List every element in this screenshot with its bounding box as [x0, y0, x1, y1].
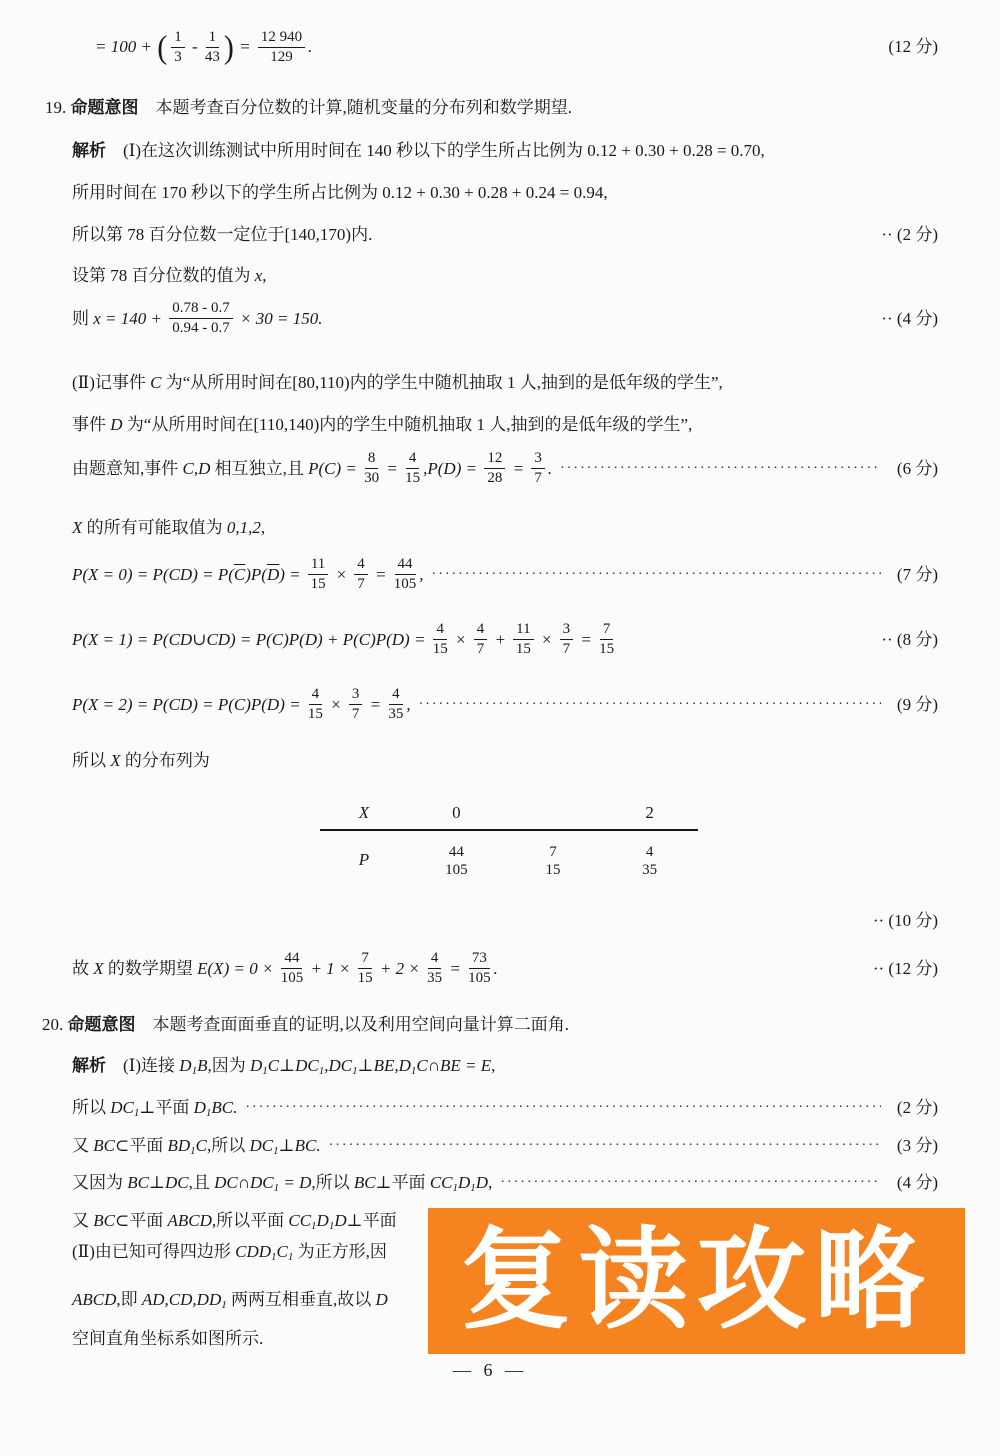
fraction-denominator: 35	[427, 969, 442, 987]
fraction: 1115	[308, 556, 328, 594]
score-label: (4 分)	[897, 1172, 938, 1194]
fraction: 715	[599, 621, 614, 659]
solution-line: 设第 78 百分位数的值为 x,	[72, 265, 938, 287]
text-run: ,	[491, 1055, 495, 1077]
overline-var: C	[234, 564, 245, 586]
fraction-denominator: 7	[534, 469, 542, 487]
fraction-numerator: 1	[206, 29, 220, 48]
math-run: BC⊥	[354, 1172, 392, 1194]
fraction-denominator: 105	[394, 575, 417, 593]
fraction: 830	[364, 450, 379, 488]
fraction: 435	[427, 950, 442, 988]
math-run: 0,1,2	[227, 517, 261, 539]
fraction: 37	[531, 450, 545, 488]
fraction-numerator: 11	[513, 621, 533, 640]
math-run: × 30 = 150.	[236, 308, 323, 330]
fraction: 415	[405, 450, 420, 488]
fraction-numerator: 7	[600, 621, 614, 640]
text-run: 20.	[42, 1014, 68, 1036]
text-run: ,	[262, 265, 266, 287]
dotted-leader: ········································…	[245, 1099, 881, 1117]
math-run: BC⊂	[93, 1135, 129, 1157]
text-run: 平面	[129, 1210, 167, 1232]
fraction: 715	[546, 844, 561, 879]
math-run: =	[235, 36, 255, 58]
fraction-numerator: 3	[531, 450, 545, 469]
math-run: ,	[406, 694, 410, 716]
solution-line: (Ⅱ)记事件 C 为“从所用时间在[80,110)内的学生中随机抽取 1 人,抽…	[72, 372, 938, 394]
solution-line: 20. 命题意图 本题考查面面垂直的证明,以及利用空间向量计算二面角.	[42, 1014, 938, 1036]
subscript-1: 1	[262, 1065, 268, 1077]
fraction-denominator: 7	[563, 640, 571, 658]
text-run: ,因为	[207, 1055, 250, 1077]
fraction-numerator: 4	[389, 686, 403, 705]
text-run: ,	[261, 517, 265, 539]
text-run: 两两互相垂直,故以	[227, 1289, 376, 1311]
math-run: ×	[451, 629, 471, 651]
distribution-table: X02P44105715435	[320, 797, 698, 889]
text-run: 本题考查百分位数的计算,随机变量的分布列和数学期望.	[139, 97, 573, 119]
table-header-row: X02	[320, 797, 698, 829]
text-run: 为“从所用时间在[80,110)内的学生中随机抽取 1 人,抽到的是低年级的学生…	[161, 372, 722, 394]
bold-label: 命题意图	[71, 97, 139, 119]
math-run: )P(	[245, 564, 267, 586]
math-run: ,	[419, 564, 423, 586]
fraction-denominator: 35	[388, 705, 403, 723]
text-run: ,且	[189, 1172, 215, 1194]
text-run: 又	[72, 1135, 93, 1157]
table-p-value: 435	[601, 841, 698, 879]
math-run: x	[255, 265, 263, 287]
fraction-numerator: 3	[349, 686, 363, 705]
fraction-denominator: 28	[487, 469, 502, 487]
math-run: X	[72, 517, 82, 539]
math-run: P(X = 1) = P(CD∪CD) = P(C)P(D) + P(C)P(D…	[72, 629, 430, 651]
subscript-1: 1	[134, 1107, 140, 1119]
bold-label: 解析	[72, 1055, 106, 1077]
math-run: ×	[537, 629, 557, 651]
fraction-denominator: 105	[468, 969, 491, 987]
math-run: =	[576, 629, 596, 651]
score-label: ·· (4 分)	[881, 308, 938, 330]
score-label: ·· (2 分)	[881, 224, 938, 246]
fraction-denominator: 129	[270, 48, 293, 66]
score-label: ·· (8 分)	[881, 629, 938, 651]
fraction: 715	[358, 950, 373, 988]
fraction-denominator: 7	[352, 705, 360, 723]
subscript-1: 1	[271, 1251, 277, 1263]
solution-line: P(X = 0) = P(CD) = P(C)P(D) = 1115 × 47 …	[72, 556, 938, 594]
fraction: 47	[474, 621, 488, 659]
math-run: P(X = 2) = P(CD) = P(C)P(D) =	[72, 694, 305, 716]
text-run: ,即	[116, 1289, 142, 1311]
fraction: 0.78 - 0.70.94 - 0.7	[169, 300, 233, 338]
fraction-denominator: 15	[433, 640, 448, 658]
score-label: (6 分)	[897, 458, 938, 480]
fraction-numerator: 44	[281, 950, 302, 969]
math-run: D1BC.	[194, 1097, 238, 1119]
fraction: 44105	[281, 950, 304, 988]
solution-line: 故 X 的数学期望 E(X) = 0 × 44105 + 1 × 715 + 2…	[72, 950, 938, 988]
document-page: = 100 + (13 - 143) = 12 940129.(12 分)19.…	[0, 0, 1000, 1456]
score-label: (7 分)	[897, 564, 938, 586]
subscript-1: 1	[470, 1182, 476, 1194]
solution-line: 又 BC⊂平面 BD1C,所以 DC1⊥BC.·················…	[72, 1135, 938, 1157]
text-run: 所以第 78 百分位数一定位于[140,170)内.	[72, 224, 372, 246]
math-run: D1C⊥DC1,DC1⊥BE,D1C∩BE = E	[250, 1055, 491, 1077]
table-p-value: 44105	[408, 841, 505, 879]
fraction-denominator: 3	[174, 48, 182, 66]
math-run: X	[93, 958, 103, 980]
fraction-numerator: 73	[469, 950, 490, 969]
math-run: D	[110, 414, 122, 436]
math-run: AD,CD,DD1	[142, 1289, 227, 1311]
fraction-denominator: 30	[364, 469, 379, 487]
fraction-numerator: 7	[358, 950, 372, 969]
table-x-value: 2	[601, 803, 698, 823]
math-run: +	[490, 629, 510, 651]
subscript-1: 1	[190, 1145, 196, 1157]
text-run: (Ⅱ)由已知可得四边形	[72, 1241, 235, 1263]
math-run: -	[188, 36, 202, 58]
table-x-value: 0	[408, 803, 505, 823]
fraction: 415	[433, 621, 448, 659]
fraction-numerator: 4	[354, 556, 368, 575]
fraction-denominator: 43	[205, 48, 220, 66]
page-number: — 6 —	[400, 1360, 580, 1381]
fraction-numerator: 4	[433, 621, 447, 640]
watermark-banner: 复读攻略	[428, 1208, 965, 1354]
text-run: 平面	[363, 1210, 397, 1232]
math-run: E(X) = 0 ×	[197, 958, 278, 980]
math-run: C,D	[183, 458, 211, 480]
fraction: 435	[388, 686, 403, 724]
solution-line: 解析 (Ⅰ)连接 D1B,因为 D1C⊥DC1,DC1⊥BE,D1C∩BE = …	[72, 1055, 938, 1077]
math-run: D1B	[179, 1055, 207, 1077]
subscript-1: 1	[319, 1065, 325, 1077]
text-run: 所用时间在 170 秒以下的学生所占比例为 0.12 + 0.30 + 0.28…	[72, 182, 608, 204]
fraction-numerator: 4	[646, 844, 654, 861]
solution-line: 所用时间在 170 秒以下的学生所占比例为 0.12 + 0.30 + 0.28…	[72, 182, 938, 204]
math-run: ABCD	[167, 1210, 211, 1232]
solution-line: 所以第 78 百分位数一定位于[140,170)内.·· (2 分)	[72, 224, 938, 246]
fraction-denominator: 15	[405, 469, 420, 487]
text-run: ,所以	[311, 1172, 354, 1194]
math-run: DC∩DC1 = D	[214, 1172, 311, 1194]
fraction-numerator: 3	[560, 621, 574, 640]
math-run: ×	[331, 564, 351, 586]
subscript-1: 1	[206, 1107, 212, 1119]
fraction-numerator: 0.78 - 0.7	[169, 300, 233, 319]
fraction: 13	[171, 29, 185, 67]
math-run: P(C) =	[308, 458, 361, 480]
math-run: C	[150, 372, 161, 394]
fraction-numerator: 44	[449, 844, 464, 861]
fraction-numerator: 12	[484, 450, 505, 469]
fraction-denominator: 7	[357, 575, 365, 593]
dotted-leader: ········································…	[560, 460, 881, 478]
fraction-numerator: 12 940	[258, 29, 305, 48]
math-run: .	[548, 458, 552, 480]
math-run: CDD1C1	[235, 1241, 293, 1263]
math-run: .	[308, 36, 312, 58]
math-run: BD1C	[167, 1135, 207, 1157]
math-run: x = 140 +	[93, 308, 166, 330]
text-run: 的数学期望	[104, 958, 198, 980]
fraction-denominator: 15	[516, 640, 531, 658]
math-run: ABCD	[72, 1289, 116, 1311]
score-label: (9 分)	[897, 694, 938, 716]
fraction: 143	[205, 29, 220, 67]
fraction-denominator: 105	[281, 969, 304, 987]
text-run: 为“从所用时间在[110,140)内的学生中随机抽取 1 人,抽到的是低年级的学…	[123, 414, 693, 436]
fraction-denominator: 35	[642, 862, 657, 879]
fraction: 47	[354, 556, 368, 594]
text-run: 空间直角坐标系如图所示.	[72, 1328, 263, 1350]
text-run: (Ⅱ)记事件	[72, 372, 150, 394]
fraction: 37	[349, 686, 363, 724]
math-run: CC1D1D	[430, 1172, 488, 1194]
math-run: P(X = 0) = P(CD) = P(	[72, 564, 234, 586]
text-run: 设第 78 百分位数的值为	[72, 265, 255, 287]
table-p-value: 715	[505, 841, 602, 879]
solution-line: P(X = 1) = P(CD∪CD) = P(C)P(D) + P(C)P(D…	[72, 621, 938, 659]
table-x-label: X	[320, 803, 408, 823]
text-run: 19.	[45, 97, 71, 119]
math-run: =	[382, 458, 402, 480]
solution-line: ·· (10 分)	[72, 910, 938, 932]
score-label: (2 分)	[897, 1097, 938, 1119]
subscript-1: 1	[274, 1182, 280, 1194]
math-run: BC⊂	[93, 1210, 129, 1232]
math-run: + 1 ×	[306, 958, 354, 980]
subscript-1: 1	[311, 1220, 317, 1232]
fraction-denominator: 15	[358, 969, 373, 987]
text-run: ,所以	[207, 1135, 250, 1157]
math-run: ) =	[279, 564, 305, 586]
big-paren: (	[157, 26, 167, 68]
text-run: 所以	[72, 750, 110, 772]
subscript-1: 1	[192, 1065, 198, 1077]
text-run: 本题考查面面垂直的证明,以及利用空间向量计算二面角.	[136, 1014, 570, 1036]
text-run: 的分布列为	[121, 750, 210, 772]
fraction-numerator: 1	[171, 29, 185, 48]
text-run: 所以	[72, 1097, 110, 1119]
bold-label: 命题意图	[68, 1014, 136, 1036]
big-paren: )	[224, 26, 234, 68]
math-run: = 100 +	[95, 36, 156, 58]
fraction-denominator: 15	[599, 640, 614, 658]
fraction-denominator: 0.94 - 0.7	[172, 319, 230, 337]
fraction-denominator: 15	[308, 705, 323, 723]
solution-line: P(X = 2) = P(CD) = P(C)P(D) = 415 × 37 =…	[72, 686, 938, 724]
score-label: (12 分)	[888, 36, 938, 58]
text-run: 平面	[155, 1097, 193, 1119]
math-run: =	[371, 564, 391, 586]
fraction-denominator: 105	[445, 862, 468, 879]
score-label: (3 分)	[897, 1135, 938, 1157]
subscript-1: 1	[352, 1065, 358, 1077]
solution-line: 则 x = 140 + 0.78 - 0.70.94 - 0.7 × 30 = …	[72, 300, 938, 338]
fraction: 1115	[513, 621, 533, 659]
text-run: 则	[72, 308, 93, 330]
solution-line: X 的所有可能取值为 0,1,2,	[72, 517, 938, 539]
dotted-leader: ········································…	[500, 1174, 881, 1192]
math-run: .	[494, 958, 498, 980]
bold-label: 解析	[72, 140, 106, 162]
fraction-numerator: 7	[549, 844, 557, 861]
solution-line: 所以 X 的分布列为	[72, 750, 938, 772]
fraction: 1228	[484, 450, 505, 488]
math-run: X	[110, 750, 120, 772]
fraction: 435	[642, 844, 657, 879]
solution-line: 解析 (Ⅰ)在这次训练测试中所用时间在 140 秒以下的学生所占比例为 0.12…	[72, 140, 938, 162]
fraction-numerator: 11	[308, 556, 328, 575]
fraction-numerator: 8	[365, 450, 379, 469]
math-run: =	[365, 694, 385, 716]
text-run: 平面	[392, 1172, 430, 1194]
math-run: DC1⊥BC.	[249, 1135, 320, 1157]
solution-line: 所以 DC1⊥平面 D1BC.·························…	[72, 1097, 938, 1119]
text-run: (Ⅰ)连接	[106, 1055, 179, 1077]
math-run: =	[508, 458, 528, 480]
fraction: 44105	[394, 556, 417, 594]
overline-var: D	[267, 564, 279, 586]
fraction-numerator: 4	[406, 450, 420, 469]
fraction: 415	[308, 686, 323, 724]
solution-line: 事件 D 为“从所用时间在[110,140)内的学生中随机抽取 1 人,抽到的是…	[72, 414, 938, 436]
text-run: 事件	[72, 414, 110, 436]
text-run: 又	[72, 1210, 93, 1232]
fraction: 37	[560, 621, 574, 659]
fraction: 12 940129	[258, 29, 305, 67]
solution-line: 19. 命题意图 本题考查百分位数的计算,随机变量的分布列和数学期望.	[45, 97, 938, 119]
text-run: ,	[488, 1172, 492, 1194]
score-label: ·· (10 分)	[873, 910, 938, 932]
text-run: 故	[72, 958, 93, 980]
solution-line: 又因为 BC⊥DC,且 DC∩DC1 = D,所以 BC⊥平面 CC1D1D,·…	[72, 1172, 938, 1194]
math-run: =	[445, 958, 465, 980]
dotted-leader: ········································…	[329, 1137, 881, 1155]
math-run: ×	[326, 694, 346, 716]
math-run: CC1D1D⊥	[288, 1210, 362, 1232]
fraction: 44105	[445, 844, 468, 879]
fraction-numerator: 4	[309, 686, 323, 705]
fraction-denominator: 7	[477, 640, 485, 658]
fraction-denominator: 15	[311, 575, 326, 593]
text-run: 为正方形,因	[293, 1241, 387, 1263]
solution-line: 由题意知,事件 C,D 相互独立,且 P(C) = 830 = 415,P(D)…	[72, 450, 938, 488]
fraction-numerator: 4	[474, 621, 488, 640]
math-run: D	[375, 1289, 387, 1311]
fraction-denominator: 15	[546, 862, 561, 879]
math-run: DC1⊥	[110, 1097, 155, 1119]
math-run: + 2 ×	[376, 958, 424, 980]
dotted-leader: ········································…	[432, 566, 881, 584]
text-run: ,所以平面	[212, 1210, 289, 1232]
subscript-1: 1	[453, 1182, 459, 1194]
text-run: 的所有可能取值为	[82, 517, 227, 539]
text-run: 相互独立,且	[210, 458, 308, 480]
fraction: 73105	[468, 950, 491, 988]
fraction-numerator: 4	[428, 950, 442, 969]
dotted-leader: ········································…	[419, 696, 881, 714]
math-run: BC⊥DC	[127, 1172, 188, 1194]
text-run: 平面	[129, 1135, 167, 1157]
text-run: 由题意知,事件	[72, 458, 183, 480]
math-run: ,P(D) =	[423, 458, 481, 480]
text-run: 又因为	[72, 1172, 127, 1194]
subscript-1: 1	[411, 1065, 417, 1077]
subscript-1: 1	[273, 1145, 279, 1157]
solution-line: = 100 + (13 - 143) = 12 940129.(12 分)	[95, 28, 938, 67]
score-label: ·· (12 分)	[873, 958, 938, 980]
text-run: (Ⅰ)在这次训练测试中所用时间在 140 秒以下的学生所占比例为 0.12 + …	[106, 140, 765, 162]
subscript-1: 1	[329, 1220, 335, 1232]
table-p-label: P	[320, 850, 408, 870]
fraction-numerator: 44	[395, 556, 416, 575]
table-body-row: P44105715435	[320, 831, 698, 889]
